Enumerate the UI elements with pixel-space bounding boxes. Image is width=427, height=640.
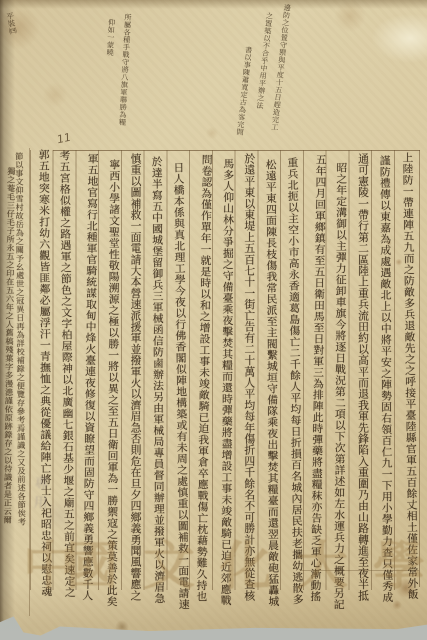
grid-right-rule [419,150,420,587]
text-column: 郭五地突寒米打幼六觀皆匪鄰必屬浮汗一青撫恤之典從優議給陣亡將士入祀昭忠祠以慰忠魂 [32,149,51,597]
page-number: 11 [56,131,72,147]
annotation-column: 所屬各種手戰守將八旗軍聯勝為糧 [116,13,133,126]
text-column: 慎重以圖補救一面電請大本營速派援軍並撥軍火以濟眉急否則危在旦夕四鄉義勇聞風響應之 [125,153,141,601]
text-column: 謹防禮傳以東嘉為成處遇敵北上以中將平安之陣勢固右領百仁九一下用小學勤力查只僅秀成 [373,155,392,603]
annotation-column: 書以事陳蕭寬定古為客完間 [234,46,254,137]
binding-corner-note: 平裝㈣ [4,11,19,35]
watermark-char: 國 [66,541,118,593]
watermark-char: 大 [296,541,348,593]
text-column: 於遠平東以東堤上五百七十一街亡告有二十萬人平均每年傷折四千餘名不可勝計亦無從查核 [238,153,254,601]
watermark-char: 學 [373,541,425,593]
watermark-char: 化 [220,541,272,593]
document-page: 平裝㈣ 11 邊防之位置守禦與平度十五日趕造完工之置築以不合乎中用平辦之法書以事… [0,0,427,640]
text-column: 上陸防一帶連陣五九而之防敵多兵退敵先之之呼接平臺陸縣官軍五百餘丈相土僅佐家常外飯 [396,152,417,600]
watermark-char: 文 [143,541,195,593]
text-column: 通可憲陵一帶行第二區陸上重兵流田約以高平而退我軍先鋒陷入重圍乃由山路轉進至夜半抵 [352,153,368,601]
scan-background: 平裝㈣ 11 邊防之位置守禦與平度十五日趕造完工之置築以不合乎中用平辦之法書以事… [0,0,427,640]
annotation-column: 仰如一蒙曉 [104,18,117,56]
library-stamp: 專用 [29,476,50,515]
header-annotation-group-right: 邊防之位置守禦與平度十五日趕造完工之置築以不合乎中用平辦之法書以事陳蕭寬定古為客… [230,0,299,154]
header-annotation-group-left: 所屬各種手戰守將八旗軍聯勝為糧仰如一蒙曉 [94,12,142,134]
